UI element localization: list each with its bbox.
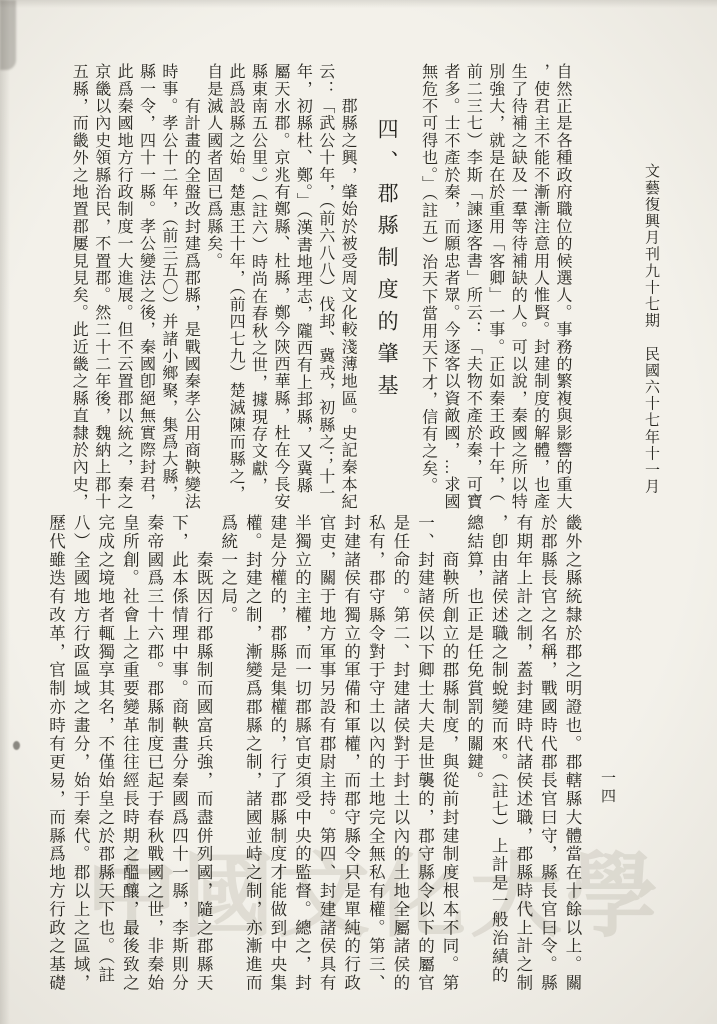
text-column: 生了待補之缺及一羣等待補缺的人。可以說，秦國之所以特: [506, 63, 528, 514]
text-column: 縣東南五公里。）（註六）時尚在春秋之世，據現存文獻，: [246, 63, 268, 514]
text-column: 時事。孝公十二年，（前三五〇）并諸小鄉聚，集爲大縣，: [157, 63, 179, 514]
scan-edge-shadow-left: [0, 0, 10, 1024]
text-column: 官吏，關于地方軍事另設有郡尉主持。第四、封建諸侯具有: [313, 514, 338, 997]
text-column: 前二三七）李斯「諫逐客書」所云：「夫物不產於秦，可寶: [461, 63, 483, 514]
bottom-text-block: 畿外之縣統隸於郡之明證也。郡轄縣大體當在十餘以上。關於郡縣長官之名稱，戰國時代郡…: [37, 514, 584, 997]
text-column: ，使君主不能不漸漸注意用人惟賢。封建制度的解體，也產: [528, 63, 550, 514]
section-heading: 四、郡縣制度的肇基: [372, 63, 402, 514]
text-column: 是任命的。第二、封建諸侯對于封土以內的土地全屬諸侯的: [387, 514, 412, 997]
text-column: 此爲設縣之始。楚惠王十年，（前四七九）楚滅陳而縣之，: [224, 63, 246, 514]
text-column: 秦帝國爲三十六郡。郡縣制度已起于春秋戰國之世，非秦始: [141, 514, 166, 997]
text-column: 歷代雖迭有改革，官制亦時有更易，而縣爲地方行政之基礎: [43, 514, 68, 997]
text-column: 商鞅所創立的郡縣制度，與從前封建制度根本不同。第: [436, 514, 461, 997]
text-column: 自然正是各種政府職位的候選人。事務的繁複與影響的重大: [551, 63, 573, 514]
text-column: 秦既因行郡縣制而國富兵強，而盡併列國，隨之郡縣天: [191, 514, 216, 997]
scan-edge-shadow-top: [0, 0, 717, 8]
text-column: 封建諸侯有獨立的軍備和軍權，而郡守縣令只是單純的行政: [338, 514, 363, 997]
top-text-block: 自然正是各種政府職位的候選人。事務的繁複與影響的重大，使君主不能不漸漸注意用人惟…: [56, 63, 573, 514]
text-column: 此爲秦國地方行政制度一大進展。但不云置郡以統之，秦之: [112, 63, 134, 514]
text-column: 別強大，就是在於重用「客卿」一事。正如秦王政十年，（: [483, 63, 505, 514]
text-column: 郡縣之興，肇始於被受周文化較淺薄地區。史記秦本紀: [336, 63, 358, 514]
text-column: 年，初縣杜、鄭。」（漢書地理志，隴西有上邽縣，又冀縣: [291, 63, 313, 514]
text-column: 私有，郡守縣令對于守土以內的土地完全無私有權。第三、: [363, 514, 388, 997]
text-column: 有計畫的全盤改封建爲郡縣，是戰國秦孝公用商鞅變法: [179, 63, 201, 514]
text-column: 皇所創。社會上之重要變革往往經長時期之醞釀，最後致之: [117, 514, 142, 997]
text-column: 建是分權的，郡縣是集權的，行了郡縣制度才能做到中央集: [264, 514, 289, 997]
text-column: 八）全國地方行政區域之畫分，始于秦代。郡以上之區域，: [68, 514, 93, 997]
text-column: 完成之境地者輒獨享其名，不僅始皇之於郡縣天下也。（註: [92, 514, 117, 997]
text-column: 總結算，也正是任免賞罰的關鍵。: [461, 514, 486, 997]
text-column: 一、封建諸侯以下卿士大夫是世襲的，郡守縣令以下的屬官: [412, 514, 437, 997]
text-column: 爲統一之局。: [215, 514, 240, 997]
text-column: 京畿以內史領縣治民，不置郡。然二十二年後，魏納上郡十: [89, 63, 111, 514]
text-column: 者多。士不產於秦，而願忠者眾。今逐客以資敵國，…求國: [439, 63, 461, 514]
text-column: 五縣，而畿外之地置郡屢見見矣。此近畿之縣直隸於內史，: [67, 63, 89, 514]
text-column: 縣一令，四十一縣。孝公變法之後，秦國卽絕無實際封君，: [134, 63, 156, 514]
scanned-journal-page: { "journal": { "title_line": "文藝復興月刊九十七期…: [0, 0, 717, 1024]
text-column: 畿外之縣統隸於郡之明證也。郡轄縣大體當在十餘以上。關: [559, 514, 584, 997]
scan-corner-smudge: [0, 0, 16, 70]
text-column: 權。封建之制，漸變爲郡縣之制，諸國並峙之制，亦漸進而: [240, 514, 265, 997]
text-column: 半獨立的主權，而一切郡縣官吏須受中央的監督。總之，封: [289, 514, 314, 997]
journal-running-title: 文藝復興月刊九十七期 民國六十七年十一月: [641, 163, 662, 508]
text-column: ，卽由諸侯述職之制蛻變而來。（註七）上計是一般治績的: [486, 514, 511, 997]
page-number: 一四: [597, 770, 618, 806]
text-column: 有期年上計之制，蓋封建時代諸侯述職，郡縣時代上計之制: [510, 514, 535, 997]
text-column: 無危不可得也。」（註五）治天下當用天下才，信有之矣。: [416, 63, 438, 514]
text-column: 自是滅人國者固已爲縣矣。: [201, 63, 223, 514]
text-column: 下，此本係情理中事。商鞅畫分秦國爲四十一縣，李斯則分: [166, 514, 191, 997]
scan-ink-dot: [13, 741, 20, 750]
text-column: 云：「武公十年，（前六八八）伐邽、冀戎，初縣之；十一: [313, 63, 335, 514]
text-column: 屬天水郡。京兆有鄭縣、杜縣，鄭今陝西華縣，杜在今長安: [269, 63, 291, 514]
text-column: 於郡縣長官之名稱，戰國時代郡長官曰守，縣長官曰令。縣: [535, 514, 560, 997]
